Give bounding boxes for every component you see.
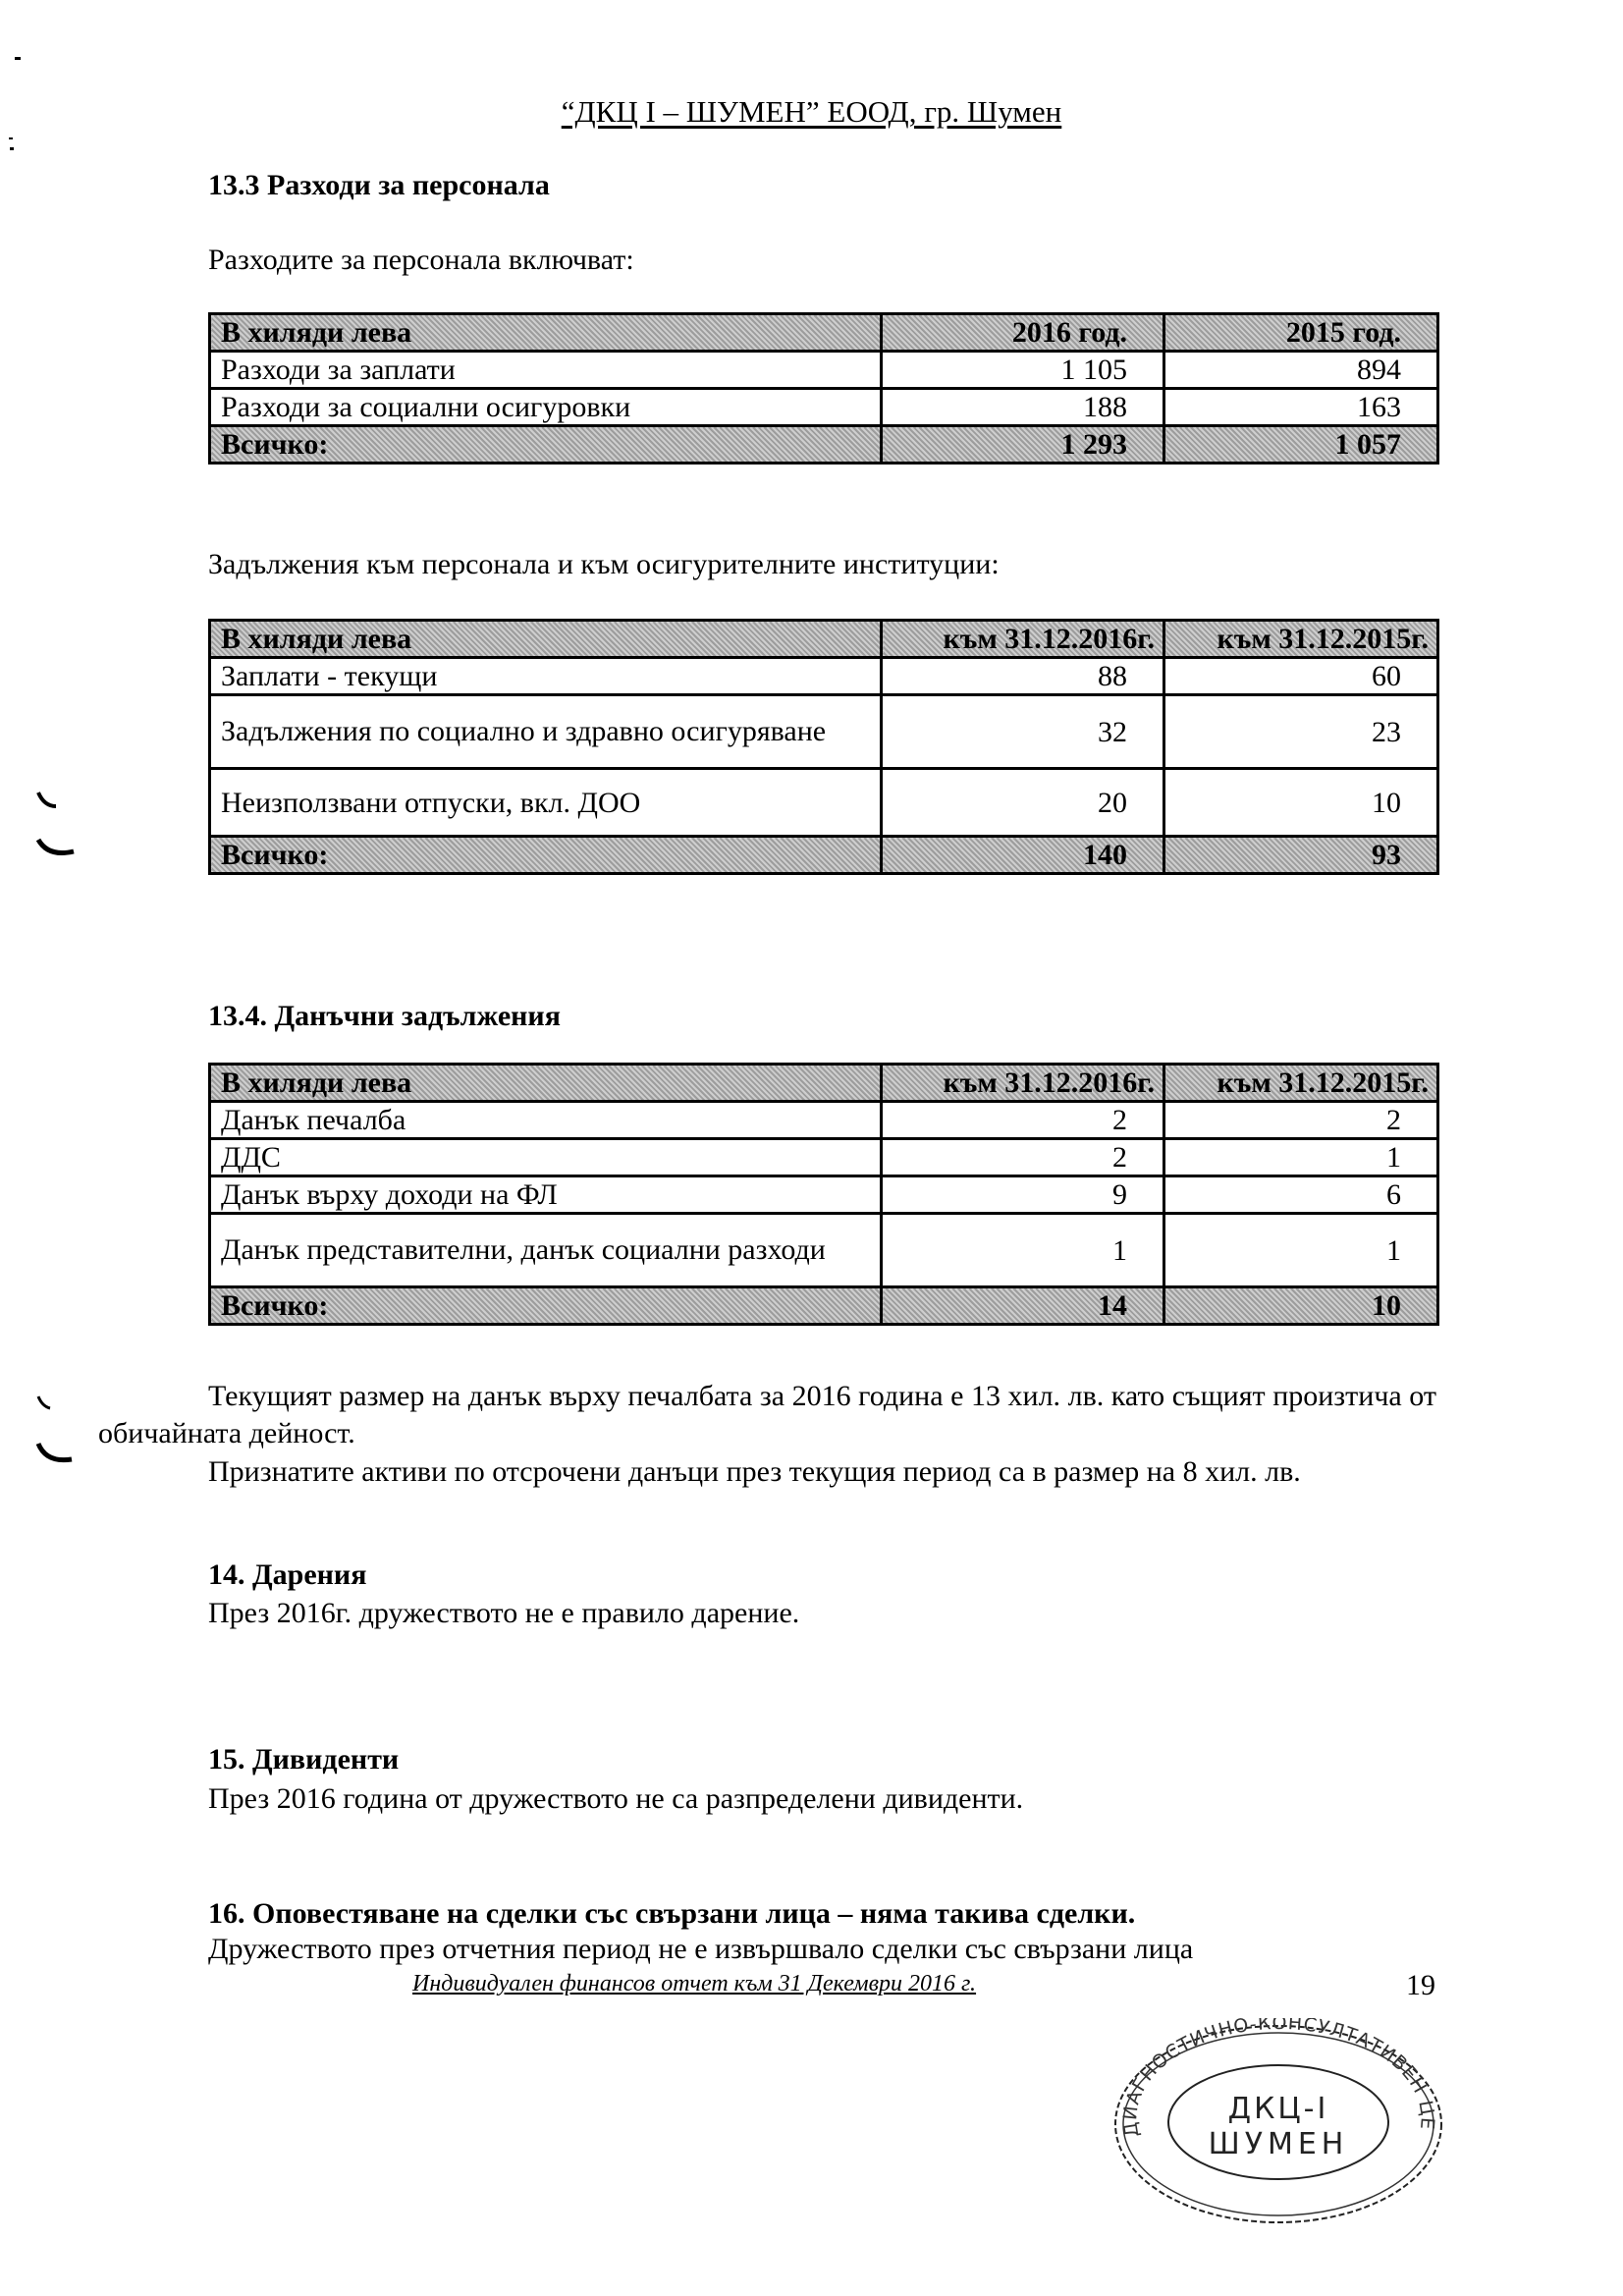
- row-label: ДДС: [210, 1139, 882, 1176]
- section-13-4-heading: 13.4. Данъчни задължения: [208, 1000, 561, 1033]
- column-header: към 31.12.2015г.: [1164, 621, 1438, 658]
- section-16-text: Дружеството през отчетния период не е из…: [208, 1933, 1193, 1966]
- tax-paragraph-2: Признатите активи по отсрочени данъци пр…: [98, 1453, 1436, 1491]
- table-header-row: В хиляди лева към 31.12.2016г. към 31.12…: [210, 621, 1438, 658]
- cell-value: 2: [1164, 1102, 1438, 1139]
- column-header: В хиляди лева: [210, 621, 882, 658]
- section-15-text: През 2016 година от дружеството не са ра…: [208, 1782, 1023, 1816]
- column-header: В хиляди лева: [210, 1065, 882, 1102]
- tax-paragraph-1-text: Текущият размер на данък върху печалбата…: [98, 1380, 1436, 1449]
- table-row: ДДС 2 1: [210, 1139, 1438, 1176]
- row-label: Заплати - текущи: [210, 658, 882, 695]
- column-header: към 31.12.2016г.: [882, 1065, 1164, 1102]
- section-15-heading: 15. Дивиденти: [208, 1743, 399, 1777]
- cell-value: 10: [1164, 769, 1438, 837]
- table-row: Данък представителни, данък социални раз…: [210, 1214, 1438, 1287]
- cell-value: 1: [1164, 1139, 1438, 1176]
- total-value: 1 057: [1164, 426, 1438, 464]
- table-row: Данък върху доходи на ФЛ 9 6: [210, 1176, 1438, 1214]
- scan-mark: [10, 147, 14, 150]
- table-row: Разходи за заплати 1 105 894: [210, 352, 1438, 389]
- company-stamp: ДИАГНОСТИЧНО-КОНСУЛТАТИВЕН ЦЕНТЪР-І * ШУ…: [1109, 2018, 1448, 2229]
- row-label: Данък печалба: [210, 1102, 882, 1139]
- row-label: Разходи за социални осигуровки: [210, 389, 882, 426]
- cell-value: 2: [882, 1139, 1164, 1176]
- cell-value: 32: [882, 695, 1164, 769]
- row-label: Разходи за заплати: [210, 352, 882, 389]
- cell-value: 88: [882, 658, 1164, 695]
- total-value: 140: [882, 837, 1164, 874]
- page-number: 19: [1406, 1969, 1435, 2002]
- tax-paragraph-1: Текущият размер на данък върху печалбата…: [98, 1378, 1436, 1452]
- personnel-liabilities-table: В хиляди лева към 31.12.2016г. към 31.12…: [208, 619, 1439, 875]
- total-row: Всичко: 14 10: [210, 1287, 1438, 1325]
- section-16-heading: 16. Оповестяване на сделки със свързани …: [208, 1897, 1135, 1931]
- table-row: Неизползвани отпуски, вкл. ДОО 20 10: [210, 769, 1438, 837]
- total-value: 93: [1164, 837, 1438, 874]
- table-header-row: В хиляди лева 2016 год. 2015 год.: [210, 314, 1438, 352]
- section-14-text: През 2016г. дружеството не е правило дар…: [208, 1597, 799, 1630]
- total-row: Всичко: 1 293 1 057: [210, 426, 1438, 464]
- cell-value: 60: [1164, 658, 1438, 695]
- header-title: “ДКЦ I – ШУМЕН” ЕООД, гр. Шумен: [562, 94, 1062, 129]
- cell-value: 1 105: [882, 352, 1164, 389]
- column-header: В хиляди лева: [210, 314, 882, 352]
- table-header-row: В хиляди лева към 31.12.2016г. към 31.12…: [210, 1065, 1438, 1102]
- punch-hole-mark: [34, 791, 83, 864]
- cell-value: 1: [1164, 1214, 1438, 1287]
- tax-liabilities-table: В хиляди лева към 31.12.2016г. към 31.12…: [208, 1063, 1439, 1326]
- table-row: Данък печалба 2 2: [210, 1102, 1438, 1139]
- table-row: Заплати - текущи 88 60: [210, 658, 1438, 695]
- total-row: Всичко: 140 93: [210, 837, 1438, 874]
- column-header: към 31.12.2015г.: [1164, 1065, 1438, 1102]
- cell-value: 23: [1164, 695, 1438, 769]
- document-header: “ДКЦ I – ШУМЕН” ЕООД, гр. Шумен: [0, 94, 1623, 130]
- total-value: 1 293: [882, 426, 1164, 464]
- punch-hole-mark: [34, 1394, 83, 1473]
- cell-value: 6: [1164, 1176, 1438, 1214]
- column-header: 2015 год.: [1164, 314, 1438, 352]
- section-13-3-intro: Разходите за персонала включват:: [208, 244, 634, 277]
- cell-value: 20: [882, 769, 1164, 837]
- section-14-heading: 14. Дарения: [208, 1558, 366, 1592]
- cell-value: 9: [882, 1176, 1164, 1214]
- personnel-expenses-table: В хиляди лева 2016 год. 2015 год. Разход…: [208, 312, 1439, 465]
- row-label: Данък представителни, данък социални раз…: [210, 1214, 882, 1287]
- section-13-3-heading: 13.3 Разходи за персонала: [208, 169, 550, 202]
- footer-text: Индивидуален финансов отчет към 31 Декем…: [412, 1971, 976, 1997]
- table-row: Разходи за социални осигуровки 188 163: [210, 389, 1438, 426]
- liabilities-intro: Задължения към персонала и към осигурите…: [208, 548, 1000, 581]
- table-row: Задължения по социално и здравно осигуря…: [210, 695, 1438, 769]
- tax-paragraph-2-text: Признатите активи по отсрочени данъци пр…: [208, 1455, 1301, 1488]
- cell-value: 2: [882, 1102, 1164, 1139]
- stamp-line-2: ШУМЕН: [1209, 2127, 1349, 2161]
- row-label: Данък върху доходи на ФЛ: [210, 1176, 882, 1214]
- total-value: 14: [882, 1287, 1164, 1325]
- scan-mark: [15, 57, 21, 60]
- total-value: 10: [1164, 1287, 1438, 1325]
- cell-value: 1: [882, 1214, 1164, 1287]
- stamp-line-1: ДКЦ-І: [1228, 2092, 1329, 2126]
- stamp-icon: ДИАГНОСТИЧНО-КОНСУЛТАТИВЕН ЦЕНТЪР-І * ШУ…: [1109, 2018, 1448, 2229]
- total-label: Всичко:: [210, 1287, 882, 1325]
- cell-value: 163: [1164, 389, 1438, 426]
- column-header: към 31.12.2016г.: [882, 621, 1164, 658]
- column-header: 2016 год.: [882, 314, 1164, 352]
- row-label: Неизползвани отпуски, вкл. ДОО: [210, 769, 882, 837]
- total-label: Всичко:: [210, 426, 882, 464]
- cell-value: 188: [882, 389, 1164, 426]
- total-label: Всичко:: [210, 837, 882, 874]
- cell-value: 894: [1164, 352, 1438, 389]
- row-label: Задължения по социално и здравно осигуря…: [210, 695, 882, 769]
- scan-mark: [9, 137, 13, 139]
